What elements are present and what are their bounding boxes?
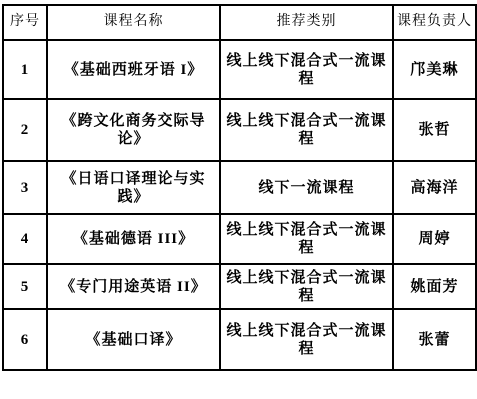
cell-course: 《基础西班牙语 I》	[47, 40, 220, 99]
cell-no: 4	[3, 214, 47, 264]
table-row: 1 《基础西班牙语 I》 线上线下混合式一流课程 邝美琳	[3, 40, 476, 99]
header-row: 序号 课程名称 推荐类别 课程负责人	[3, 5, 476, 40]
table-row: 5 《专门用途英语 II》 线上线下混合式一流课程 姚面芳	[3, 264, 476, 309]
cell-category: 线上线下混合式一流课程	[220, 214, 393, 264]
table-row: 4 《基础德语 III》 线上线下混合式一流课程 周婷	[3, 214, 476, 264]
cell-category: 线上线下混合式一流课程	[220, 309, 393, 370]
cell-course: 《基础口译》	[47, 309, 220, 370]
cell-category: 线下一流课程	[220, 161, 393, 214]
cell-no: 5	[3, 264, 47, 309]
cell-category: 线上线下混合式一流课程	[220, 99, 393, 161]
cell-leader: 姚面芳	[393, 264, 476, 309]
cell-leader: 周婷	[393, 214, 476, 264]
header-category: 推荐类别	[220, 5, 393, 40]
cell-course: 《日语口译理论与实践》	[47, 161, 220, 214]
cell-no: 6	[3, 309, 47, 370]
table-row: 2 《跨文化商务交际导论》 线上线下混合式一流课程 张哲	[3, 99, 476, 161]
header-leader: 课程负责人	[393, 5, 476, 40]
cell-category: 线上线下混合式一流课程	[220, 40, 393, 99]
document-page: 序号 课程名称 推荐类别 课程负责人 1 《基础西班牙语 I》 线上线下混合式一…	[0, 0, 477, 399]
cell-leader: 张哲	[393, 99, 476, 161]
cell-course: 《专门用途英语 II》	[47, 264, 220, 309]
cell-no: 1	[3, 40, 47, 99]
header-no: 序号	[3, 5, 47, 40]
cell-leader: 高海洋	[393, 161, 476, 214]
course-table: 序号 课程名称 推荐类别 课程负责人 1 《基础西班牙语 I》 线上线下混合式一…	[2, 4, 477, 371]
cell-course: 《跨文化商务交际导论》	[47, 99, 220, 161]
cell-no: 3	[3, 161, 47, 214]
table-row: 3 《日语口译理论与实践》 线下一流课程 高海洋	[3, 161, 476, 214]
cell-course: 《基础德语 III》	[47, 214, 220, 264]
cell-category: 线上线下混合式一流课程	[220, 264, 393, 309]
cell-no: 2	[3, 99, 47, 161]
table-row: 6 《基础口译》 线上线下混合式一流课程 张蕾	[3, 309, 476, 370]
header-course: 课程名称	[47, 5, 220, 40]
cell-leader: 邝美琳	[393, 40, 476, 99]
cell-leader: 张蕾	[393, 309, 476, 370]
